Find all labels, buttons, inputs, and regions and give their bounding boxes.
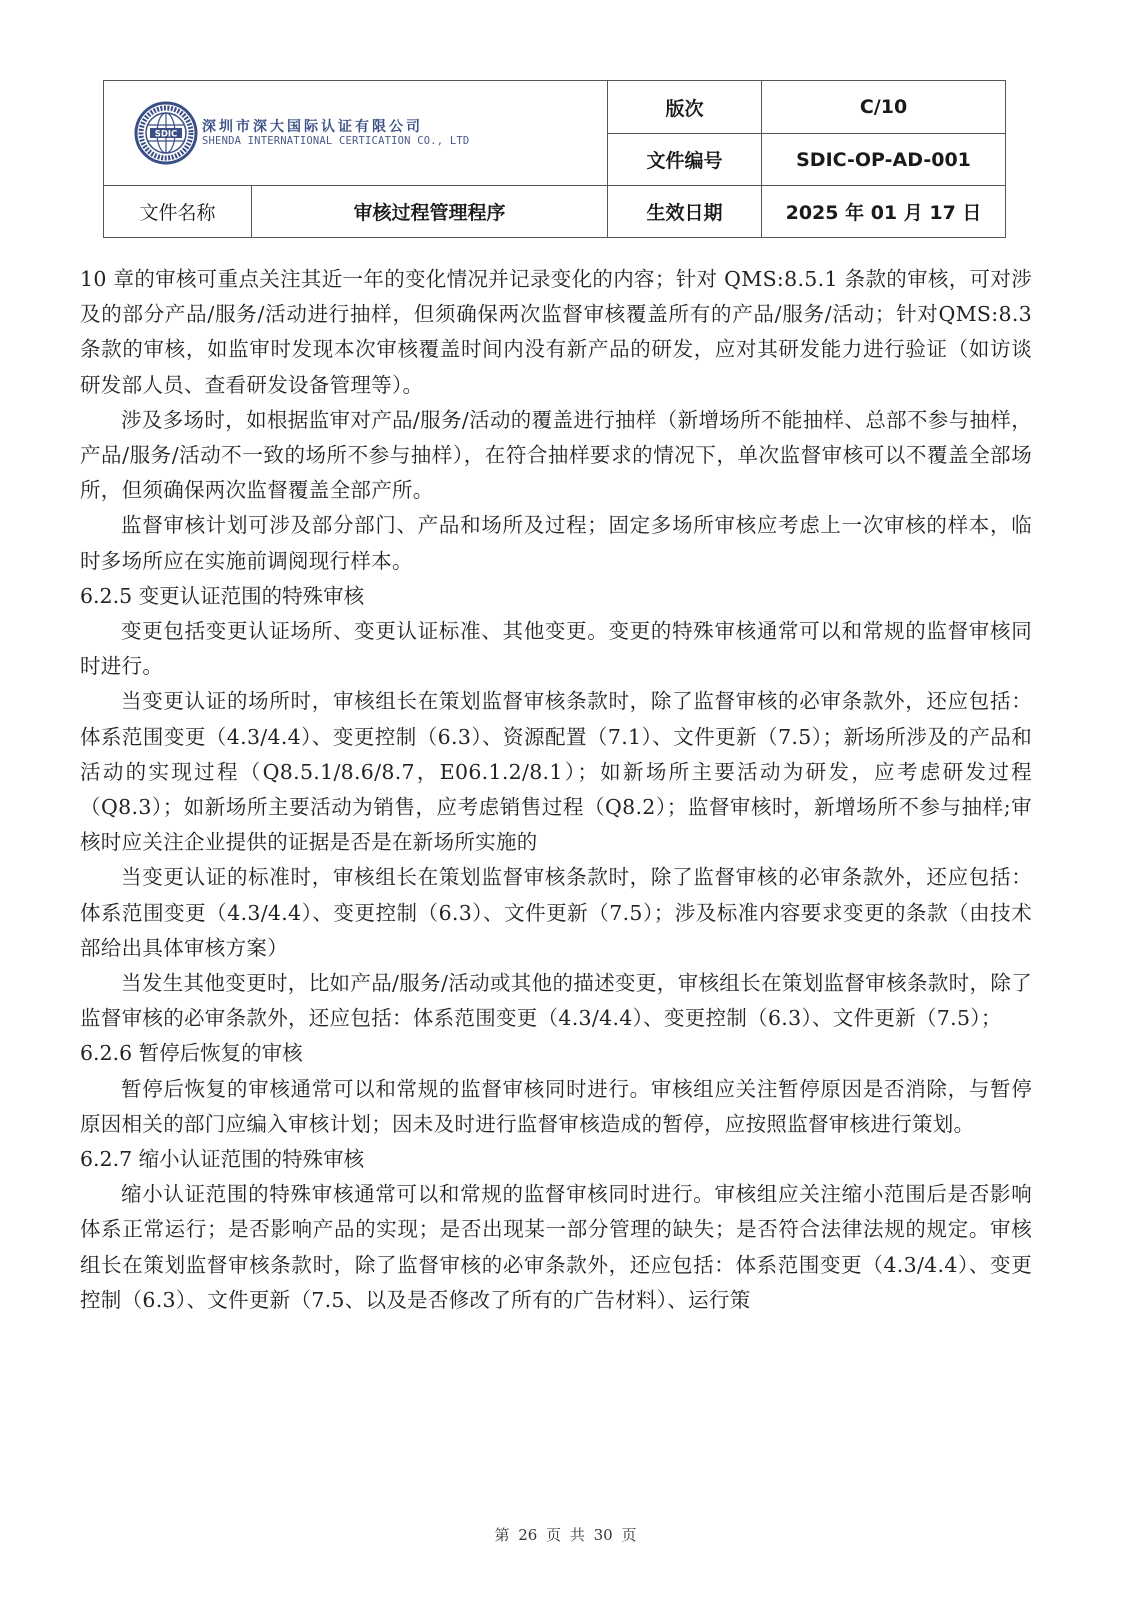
doc-name-value: 审核过程管理程序 — [252, 186, 608, 238]
document-header-table: SDIC 深圳市深大国际认证有限公司 SHENDA INTERNATIONAL … — [103, 80, 1006, 238]
version-value: C/10 — [762, 81, 1006, 134]
paragraph-surveillance-plan: 监督审核计划可涉及部分部门、产品和场所及过程；固定多场所审核应考虑上一次审核的样… — [80, 508, 1032, 578]
paragraph-change-other: 当发生其他变更时，比如产品/服务/活动或其他的描述变更，审核组长在策划监督审核条… — [80, 966, 1032, 1036]
paragraph-qms-sampling: 10 章的审核可重点关注其近一年的变化情况并记录变化的内容；针对 QMS:8.5… — [80, 262, 1032, 403]
section-heading-6-2-6: 6.2.6 暂停后恢复的审核 — [80, 1036, 1032, 1071]
version-label: 版次 — [608, 81, 762, 134]
effective-date-label: 生效日期 — [608, 186, 762, 238]
page-number-footer: 第 26 页 共 30 页 — [0, 1524, 1131, 1545]
company-logo-cell: SDIC 深圳市深大国际认证有限公司 SHENDA INTERNATIONAL … — [104, 81, 608, 186]
paragraph-change-intro: 变更包括变更认证场所、变更认证标准、其他变更。变更的特殊审核通常可以和常规的监督… — [80, 614, 1032, 684]
effective-date-value: 2025 年 01 月 17 日 — [762, 186, 1006, 238]
doc-number-value: SDIC-OP-AD-001 — [762, 134, 1006, 186]
company-name-cn: 深圳市深大国际认证有限公司 — [202, 119, 469, 135]
paragraph-change-standard: 当变更认证的标准时，审核组长在策划监督审核条款时，除了监督审核的必审条款外，还应… — [80, 860, 1032, 966]
company-name-en: SHENDA INTERNATIONAL CERTICATION CO., LT… — [202, 135, 469, 147]
paragraph-resume-after-suspension: 暂停后恢复的审核通常可以和常规的监督审核同时进行。审核组应关注暂停原因是否消除，… — [80, 1072, 1032, 1142]
section-heading-6-2-7: 6.2.7 缩小认证范围的特殊审核 — [80, 1142, 1032, 1177]
section-heading-6-2-5: 6.2.5 变更认证范围的特殊审核 — [80, 579, 1032, 614]
document-body: 10 章的审核可重点关注其近一年的变化情况并记录变化的内容；针对 QMS:8.5… — [80, 262, 1032, 1318]
paragraph-scope-reduction: 缩小认证范围的特殊审核通常可以和常规的监督审核同时进行。审核组应关注缩小范围后是… — [80, 1177, 1032, 1318]
logo-text: SDIC — [155, 130, 178, 140]
company-logo: SDIC 深圳市深大国际认证有限公司 SHENDA INTERNATIONAL … — [134, 101, 607, 165]
paragraph-multi-site: 涉及多场时，如根据监审对产品/服务/活动的覆盖进行抽样（新增场所不能抽样、总部不… — [80, 403, 1032, 509]
paragraph-change-site: 当变更认证的场所时，审核组长在策划监督审核条款时，除了监督审核的必审条款外，还应… — [80, 684, 1032, 860]
sdic-globe-emblem-icon: SDIC — [134, 101, 198, 165]
doc-name-label: 文件名称 — [104, 186, 252, 238]
doc-number-label: 文件编号 — [608, 134, 762, 186]
